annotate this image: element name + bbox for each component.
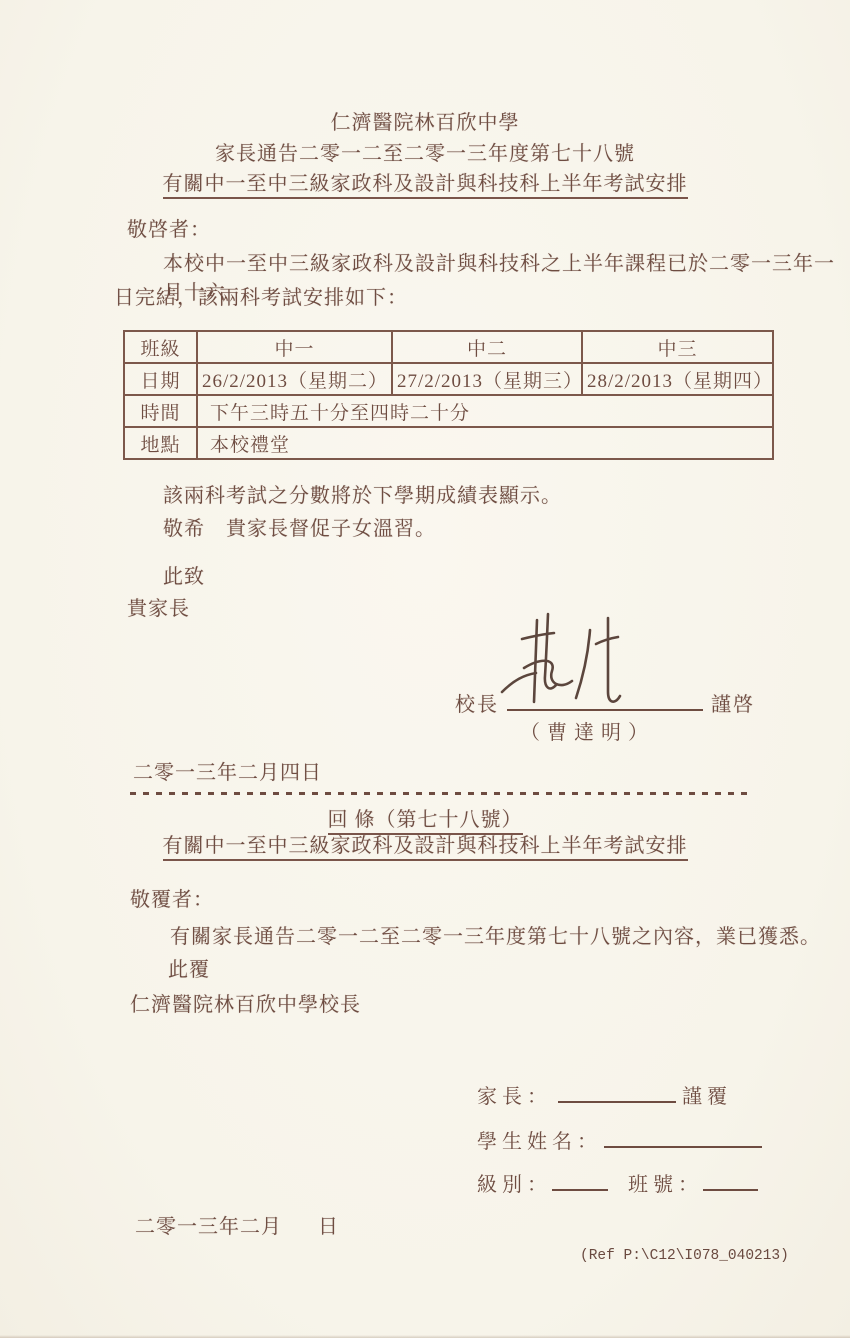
class-label: 級別：	[477, 1174, 552, 1196]
letter-closing: 此致	[163, 560, 205, 589]
file-reference: (Ref P:\C12\I078_040213)	[580, 1248, 790, 1264]
principal-signature-row: 校長謹啓	[455, 688, 755, 717]
reply-date-suffix: 日	[318, 1216, 339, 1238]
venue-row-label: 地點	[124, 427, 197, 459]
cut-dashed-line	[130, 792, 747, 795]
table-venue-row: 地點 本校禮堂	[124, 427, 773, 459]
date-row-label: 日期	[124, 363, 197, 395]
reply-slip-title: 回 條（第七十八號）	[0, 803, 850, 832]
header-form1: 中一	[197, 331, 392, 363]
date-form1: 26/2/2013（星期二）	[197, 363, 392, 395]
exam-schedule-table: 班級 中一 中二 中三 日期 26/2/2013（星期二） 27/2/2013（…	[123, 330, 774, 460]
student-name-label: 學生姓名：	[477, 1131, 602, 1153]
student-name-blank[interactable]	[604, 1129, 762, 1148]
venue-value: 本校禮堂	[197, 427, 773, 459]
school-name: 仁濟醫院林百欣中學	[0, 106, 850, 135]
notice-subject-line: 有關中一至中三級家政科及設計與科技科上半年考試安排	[0, 167, 850, 196]
parent-signature-blank[interactable]	[558, 1084, 676, 1103]
class-fields: 級別：班號：	[477, 1168, 758, 1197]
notice-number-line: 家長通告二零一二至二零一三年度第七十八號	[0, 137, 850, 166]
date-form2: 27/2/2013（星期三）	[392, 363, 582, 395]
letter-addressee: 貴家長	[127, 592, 190, 621]
table-header-row: 班級 中一 中二 中三	[124, 331, 773, 363]
parent-signature-field: 家長：謹覆	[477, 1080, 732, 1109]
class-no-label: 班號：	[628, 1174, 703, 1196]
principal-name: （曹達明）	[520, 716, 655, 745]
class-no-blank[interactable]	[703, 1172, 758, 1191]
date-form3: 28/2/2013（星期四）	[582, 363, 773, 395]
reply-body: 有關家長通告二零一二至二零一三年度第七十八號之內容，業已獲悉。	[170, 920, 821, 949]
class-blank[interactable]	[552, 1172, 608, 1191]
reply-slip-subject-text: 有關中一至中三級家政科及設計與科技科上半年考試安排	[163, 835, 688, 861]
scanned-notice-page: 仁濟醫院林百欣中學 家長通告二零一二至二零一三年度第七十八號 有關中一至中三級家…	[0, 0, 850, 1338]
salutation: 敬啓者：	[127, 213, 211, 242]
principal-label: 校長	[455, 694, 499, 716]
time-row-label: 時間	[124, 395, 197, 427]
parent-label: 家長：	[477, 1086, 552, 1108]
principal-signature-line	[507, 691, 703, 711]
reply-salutation: 敬覆者：	[130, 883, 214, 912]
reply-closing: 此覆	[168, 953, 210, 982]
body-line-2: 日完結，該兩科考試安排如下：	[114, 281, 408, 310]
header-class-level: 班級	[124, 331, 197, 363]
reply-slip-subject: 有關中一至中三級家政科及設計與科技科上半年考試安排	[0, 829, 850, 858]
notice-issue-date: 二零一三年二月四日	[133, 756, 322, 785]
reply-addressee: 仁濟醫院林百欣中學校長	[130, 988, 361, 1017]
time-value: 下午三時五十分至四時二十分	[197, 395, 773, 427]
header-form3: 中三	[582, 331, 773, 363]
note-revision: 敬希 貴家長督促子女溫習。	[163, 512, 436, 541]
note-scores: 該兩科考試之分數將於下學期成績表顯示。	[163, 479, 562, 508]
respectfully-label: 謹啓	[711, 694, 755, 716]
student-name-field: 學生姓名：	[477, 1125, 762, 1154]
reply-date-row: 二零一三年二月日	[135, 1210, 339, 1239]
header-form2: 中二	[392, 331, 582, 363]
table-time-row: 時間 下午三時五十分至四時二十分	[124, 395, 773, 427]
table-date-row: 日期 26/2/2013（星期二） 27/2/2013（星期三） 28/2/20…	[124, 363, 773, 395]
notice-subject-text: 有關中一至中三級家政科及設計與科技科上半年考試安排	[163, 173, 688, 199]
parent-respectfully-label: 謹覆	[682, 1086, 732, 1108]
reply-date-prefix: 二零一三年二月	[135, 1216, 282, 1238]
